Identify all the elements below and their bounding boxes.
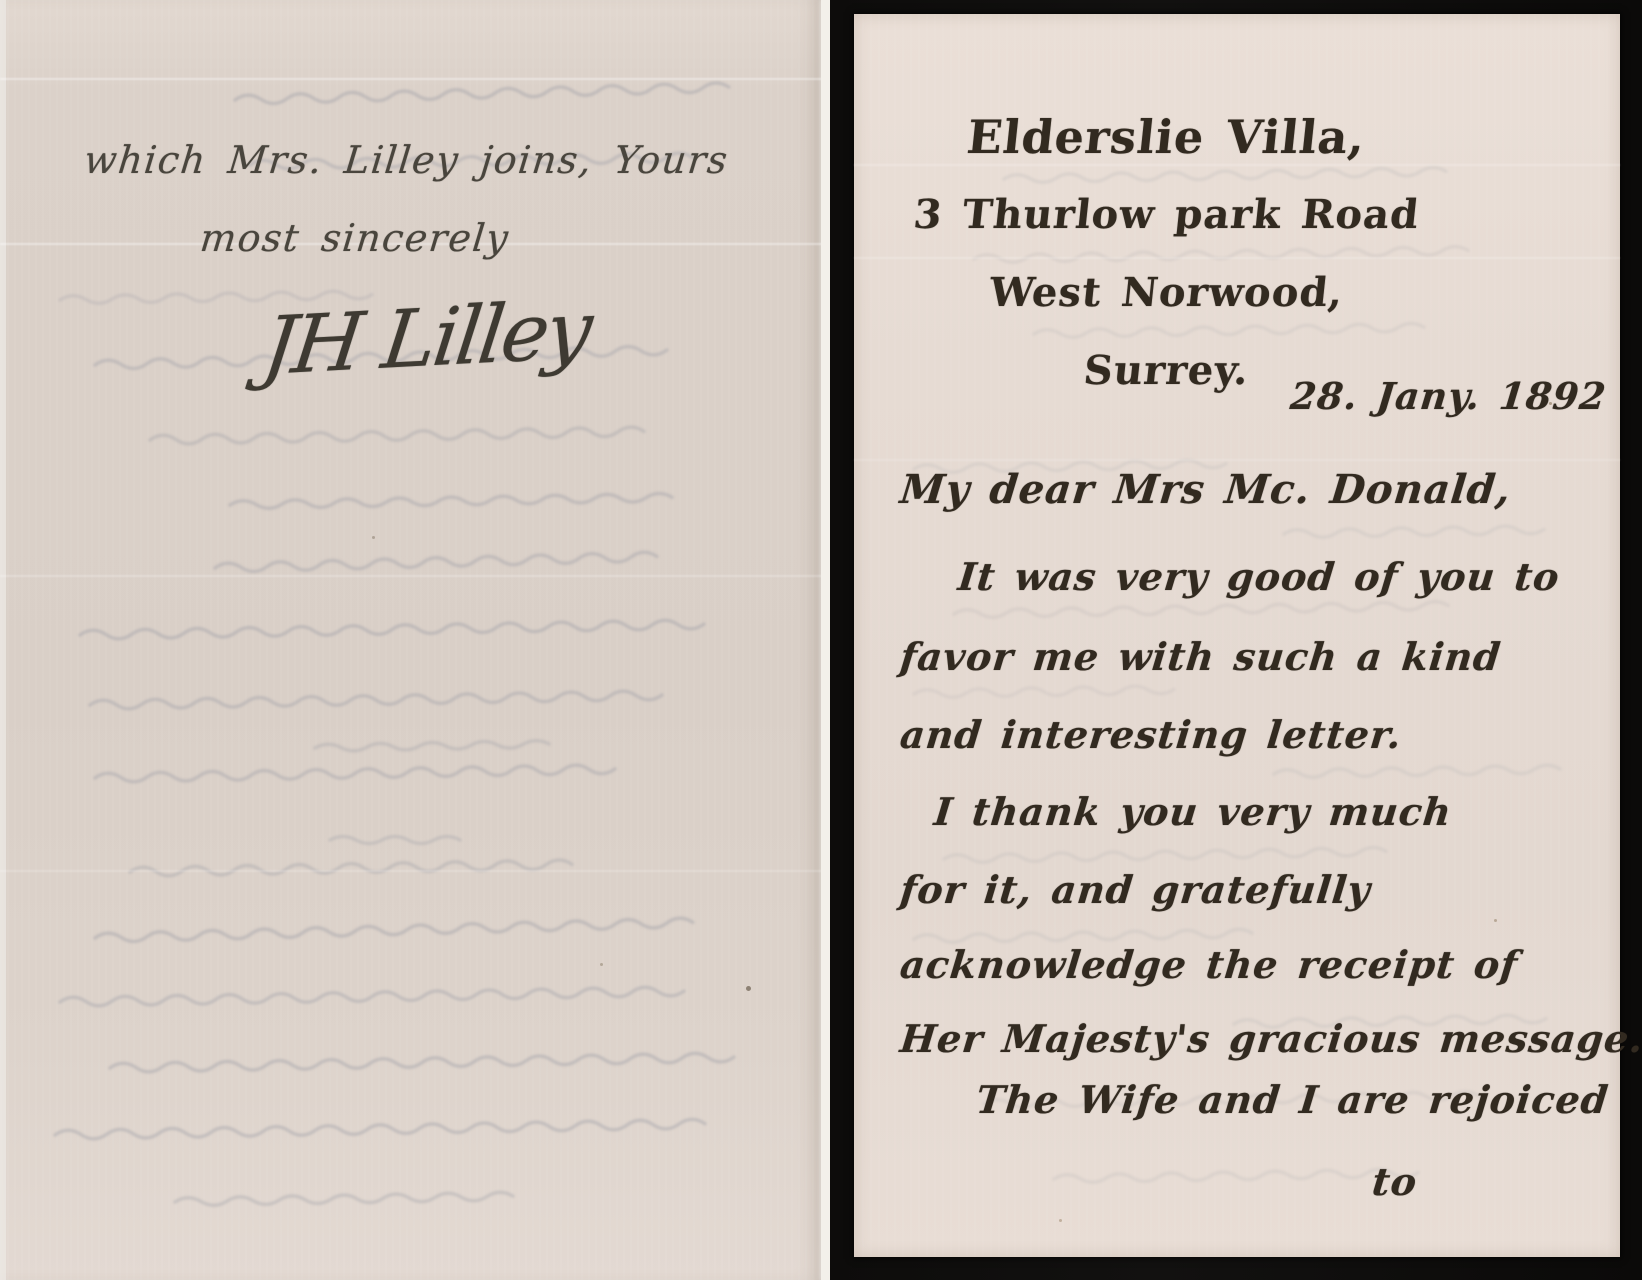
body-line: for it, and gratefully [898,867,1373,912]
closing-line-2: most sincerely [198,216,512,260]
scan-edge [0,0,6,1280]
address-block: Elderslie Villa, 3 Thurlow park Road Wes… [894,98,1439,410]
salutation: My dear Mrs Mc. Donald, [898,466,1513,513]
foxing-speck [1059,1219,1062,1222]
foxing-speck [746,986,751,991]
body-line: I thank you very much [932,789,1454,834]
crease-line [0,870,823,872]
address-line-street: 3 Thurlow park Road [890,176,1443,254]
letter-scan: which Mrs. Lilley joins, Yours most sinc… [0,0,1642,1280]
body-line: and interesting letter. [898,712,1404,757]
date-line: 28. Jany. 1892 [1194,374,1609,418]
body-line: Her Majesty's gracious message. [898,1016,1642,1061]
page-gap [821,0,830,1280]
body-line: favor me with such a kind [898,634,1503,679]
body-line: The Wife and I are rejoiced [974,1077,1611,1122]
body-line: It was very good of you to [956,554,1562,599]
right-page: Elderslie Villa, 3 Thurlow park Road Wes… [854,14,1620,1257]
crease-line [0,78,823,80]
crease-line [0,575,823,577]
bleed-through-ghost-text [0,0,823,1280]
address-line-villa: Elderslie Villa, [890,98,1443,176]
closing-line-1: which Mrs. Lilley joins, Yours [82,138,731,182]
foxing-speck [372,536,375,539]
signature: JH Lilley [258,283,595,393]
foxing-speck [600,963,603,966]
left-page: which Mrs. Lilley joins, Yours most sinc… [0,0,823,1280]
body-line: to [1370,1159,1420,1204]
black-mat: Elderslie Villa, 3 Thurlow park Road Wes… [830,0,1642,1280]
address-line-town: West Norwood, [890,254,1443,332]
foxing-speck [1494,919,1497,922]
crease-line [854,459,1620,461]
body-line: acknowledge the receipt of [898,942,1520,987]
